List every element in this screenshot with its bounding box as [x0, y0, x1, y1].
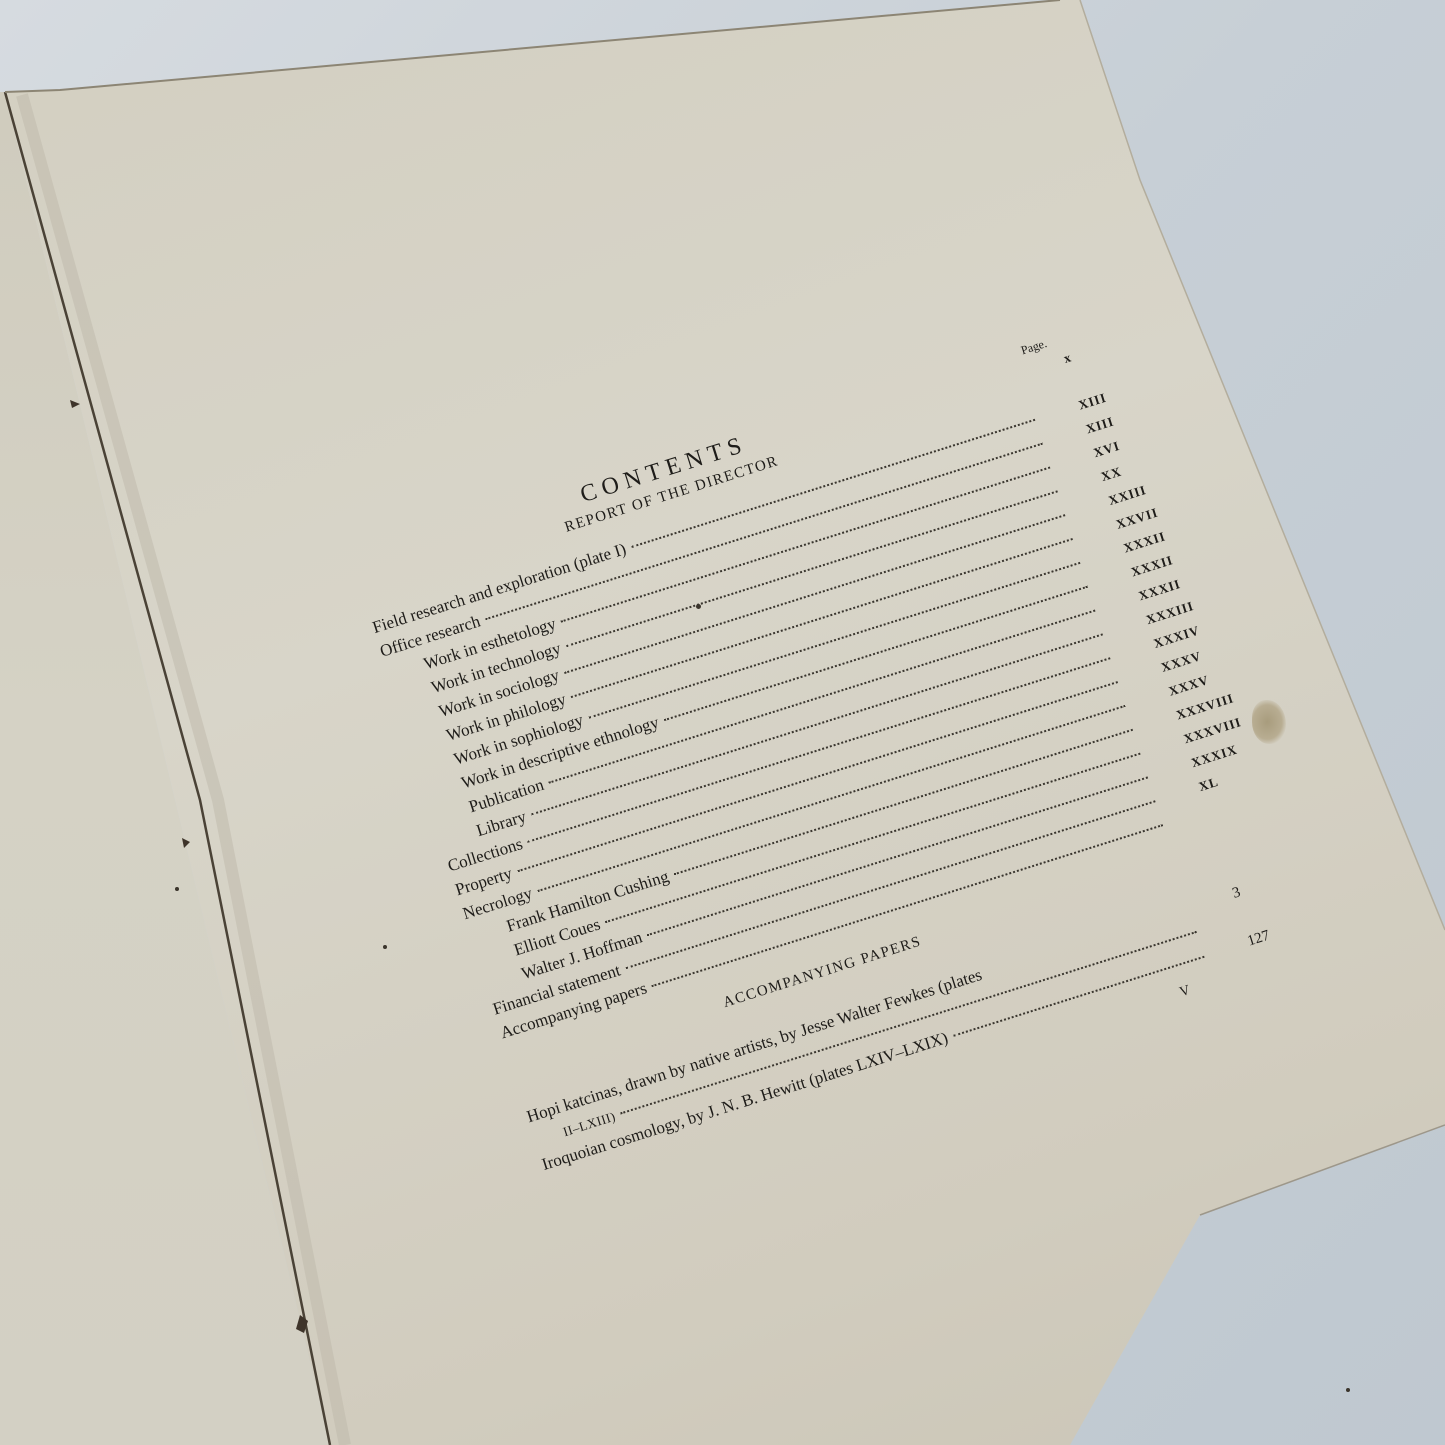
toc-entry-page: XL — [1195, 769, 1222, 799]
paper-speck — [383, 945, 387, 949]
paper-stain — [1252, 700, 1286, 744]
paper-speck — [1346, 1388, 1350, 1392]
toc-entry-page: 3 — [1229, 881, 1244, 907]
paper-speck — [175, 887, 179, 891]
toc-entry-page: 127 — [1244, 924, 1273, 955]
